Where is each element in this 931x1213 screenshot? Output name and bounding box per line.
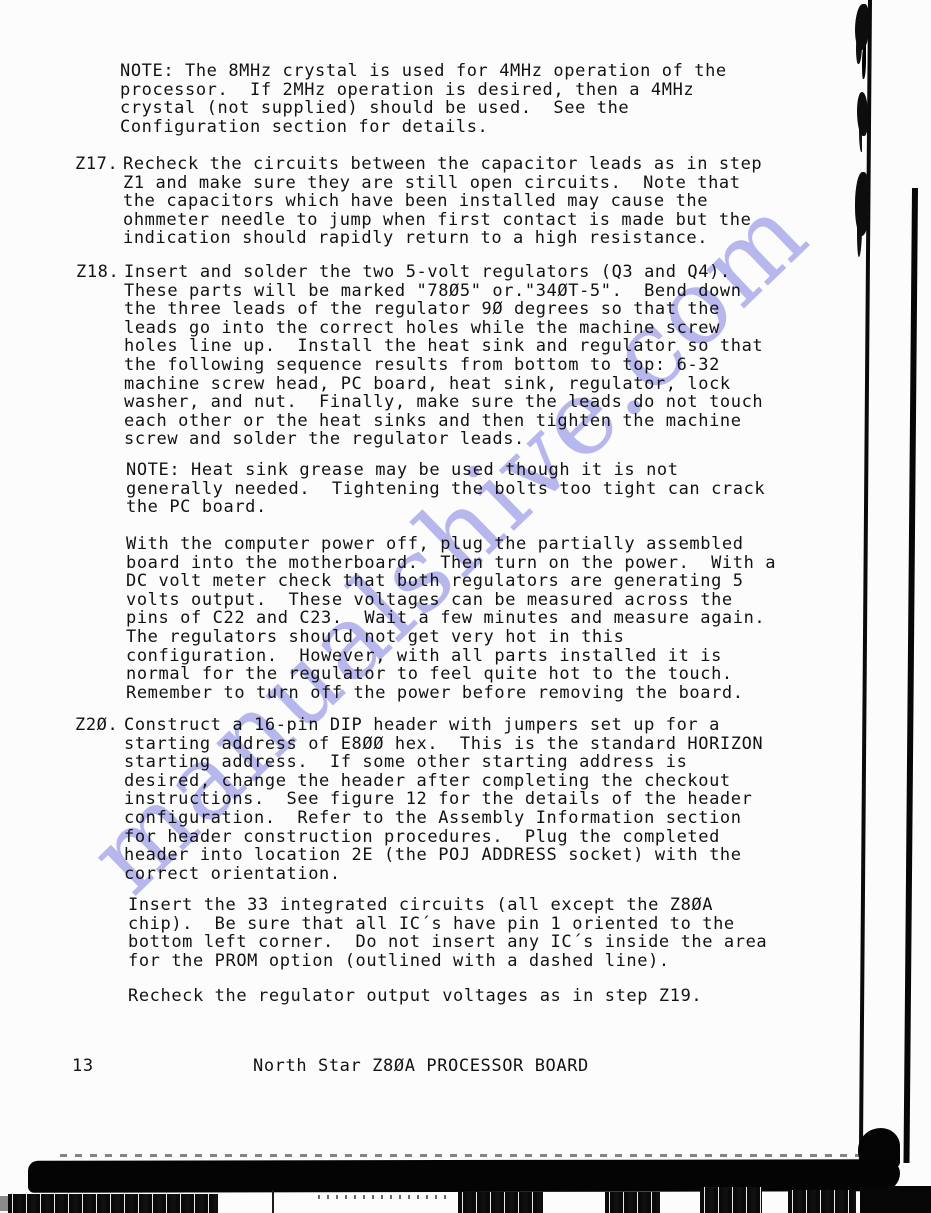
step-z20-label: Z2Ø.: [75, 716, 118, 735]
scan-artifact-dotted-line: [60, 1154, 890, 1157]
scan-artifact-vertical-line-right: [903, 188, 918, 1163]
scan-artifact-corner-mass: [860, 1186, 931, 1213]
step-z17-label: Z17.: [75, 155, 118, 174]
scan-artifact-barcode-strip: [605, 1192, 660, 1213]
scan-artifact-barcode-strip: [458, 1192, 543, 1213]
recheck-paragraph: Recheck the regulator output voltages as…: [128, 987, 702, 1006]
note-crystal-paragraph: NOTE: The 8MHz crystal is used for 4MHz …: [120, 62, 727, 136]
scan-artifact-black-bar: [28, 1159, 900, 1193]
step-z17-text: Recheck the circuits between the capacit…: [123, 155, 762, 248]
power-check-paragraph: With the computer power off, plug the pa…: [126, 535, 776, 702]
insert-ics-paragraph: Insert the 33 integrated circuits (all e…: [128, 896, 767, 970]
ink-blotch: [857, 92, 868, 136]
step-z18-text: Insert and solder the two 5-volt regulat…: [124, 263, 763, 449]
scan-artifact-speckles: [318, 1195, 448, 1199]
scan-artifact-barcode-strip: [8, 1194, 218, 1213]
scan-artifact-tick: [272, 1190, 274, 1213]
page-number: 13: [72, 1057, 94, 1076]
step-z18-label: Z18.: [76, 263, 119, 282]
scanned-manual-page: manualshive.com NOTE: The 8MHz crystal i…: [0, 0, 931, 1213]
step-z20-text: Construct a 16-pin DIP header with jumpe…: [124, 716, 763, 883]
scan-artifact-barcode-strip: [700, 1187, 762, 1213]
note-heatsink-paragraph: NOTE: Heat sink grease may be used thoug…: [126, 461, 765, 517]
footer-title: North Star Z8ØA PROCESSOR BOARD: [253, 1057, 589, 1076]
scan-artifact-barcode-strip: [788, 1190, 856, 1213]
